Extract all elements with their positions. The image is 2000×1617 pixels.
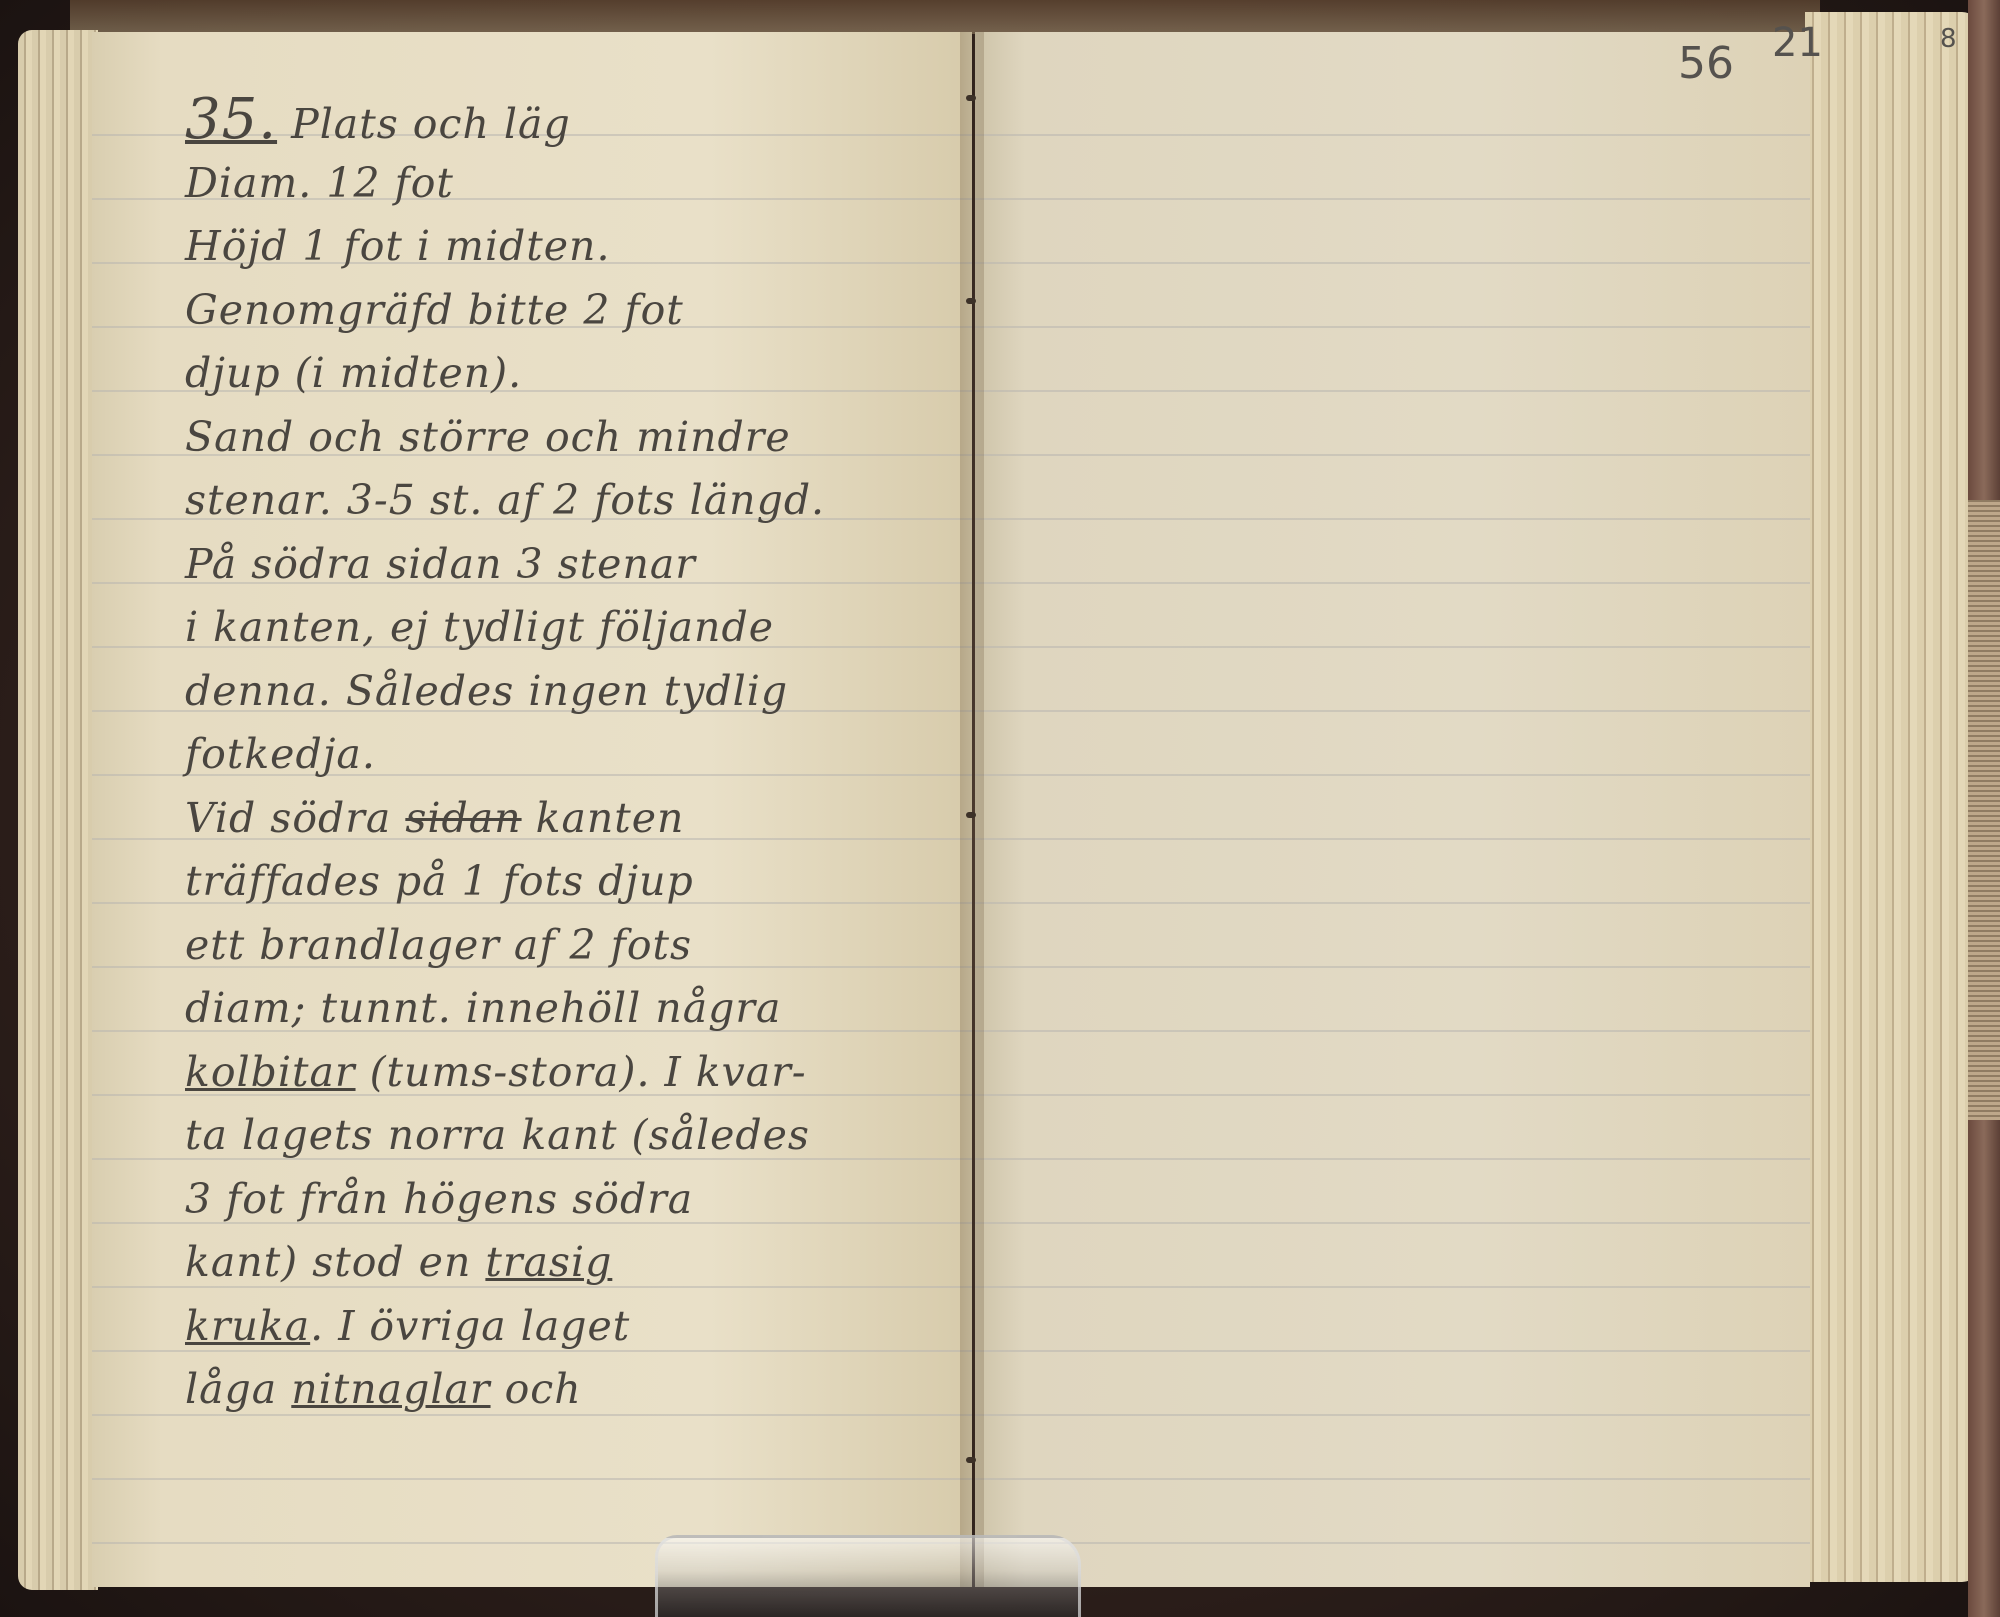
binding-stitch xyxy=(966,812,976,818)
note-line: 3 fot från högens södra xyxy=(185,1168,945,1232)
note-line: Höjd 1 fot i midten. xyxy=(185,215,945,279)
note-line: Vid södra sidan kanten xyxy=(185,787,945,851)
note-line: träffades på 1 fots djup xyxy=(185,850,945,914)
note-line: Sand och större och mindre xyxy=(185,406,945,470)
edge-number: 8 xyxy=(1940,24,1957,54)
note-line: Diam. 12 fot xyxy=(185,152,945,216)
note-line: denna. Således ingen tydlig xyxy=(185,660,945,724)
note-line: Genomgräfd bitte 2 fot xyxy=(185,279,945,343)
note-line: kruka. I övriga laget xyxy=(185,1295,945,1359)
note-line: ett brandlager af 2 fots xyxy=(185,914,945,978)
left-page-stack xyxy=(18,30,98,1590)
ruled-lines xyxy=(975,72,1810,1567)
cover-top-edge xyxy=(70,0,1820,34)
note-line: låga nitnaglar och xyxy=(185,1358,945,1422)
binding-stitch xyxy=(966,1457,976,1463)
right-page-stack xyxy=(1805,12,1980,1582)
note-line: djup (i midten). xyxy=(185,342,945,406)
note-line: kolbitar (tums-stora). I kvar- xyxy=(185,1041,945,1105)
page-gutter xyxy=(960,32,984,1587)
note-line: diam; tunnt. innehöll några xyxy=(185,977,945,1041)
entry-heading-line: 35. Plats och läg xyxy=(185,88,945,152)
entry-number: 35. xyxy=(185,87,277,152)
page-number-56: 56 xyxy=(1678,38,1734,89)
note-line: ta lagets norra kant (således xyxy=(185,1104,945,1168)
note-line: stenar. 3-5 st. af 2 fots längd. xyxy=(185,469,945,533)
entry-heading: Plats och läg xyxy=(291,100,571,148)
note-line: i kanten, ej tydligt följande xyxy=(185,596,945,660)
note-line: fotkedja. xyxy=(185,723,945,787)
strap-cloth-band xyxy=(1968,500,2000,1120)
plastic-page-clip xyxy=(655,1535,1081,1617)
note-line: kant) stod en trasig xyxy=(185,1231,945,1295)
right-page xyxy=(975,32,1810,1587)
handwritten-entry: 35. Plats och läg Diam. 12 fot Höjd 1 fo… xyxy=(185,88,945,1422)
note-line: På södra sidan 3 stenar xyxy=(185,533,945,597)
binding-stitch xyxy=(966,95,976,101)
binding-stitch xyxy=(966,298,976,304)
page-number-21: 21 xyxy=(1772,20,1823,66)
